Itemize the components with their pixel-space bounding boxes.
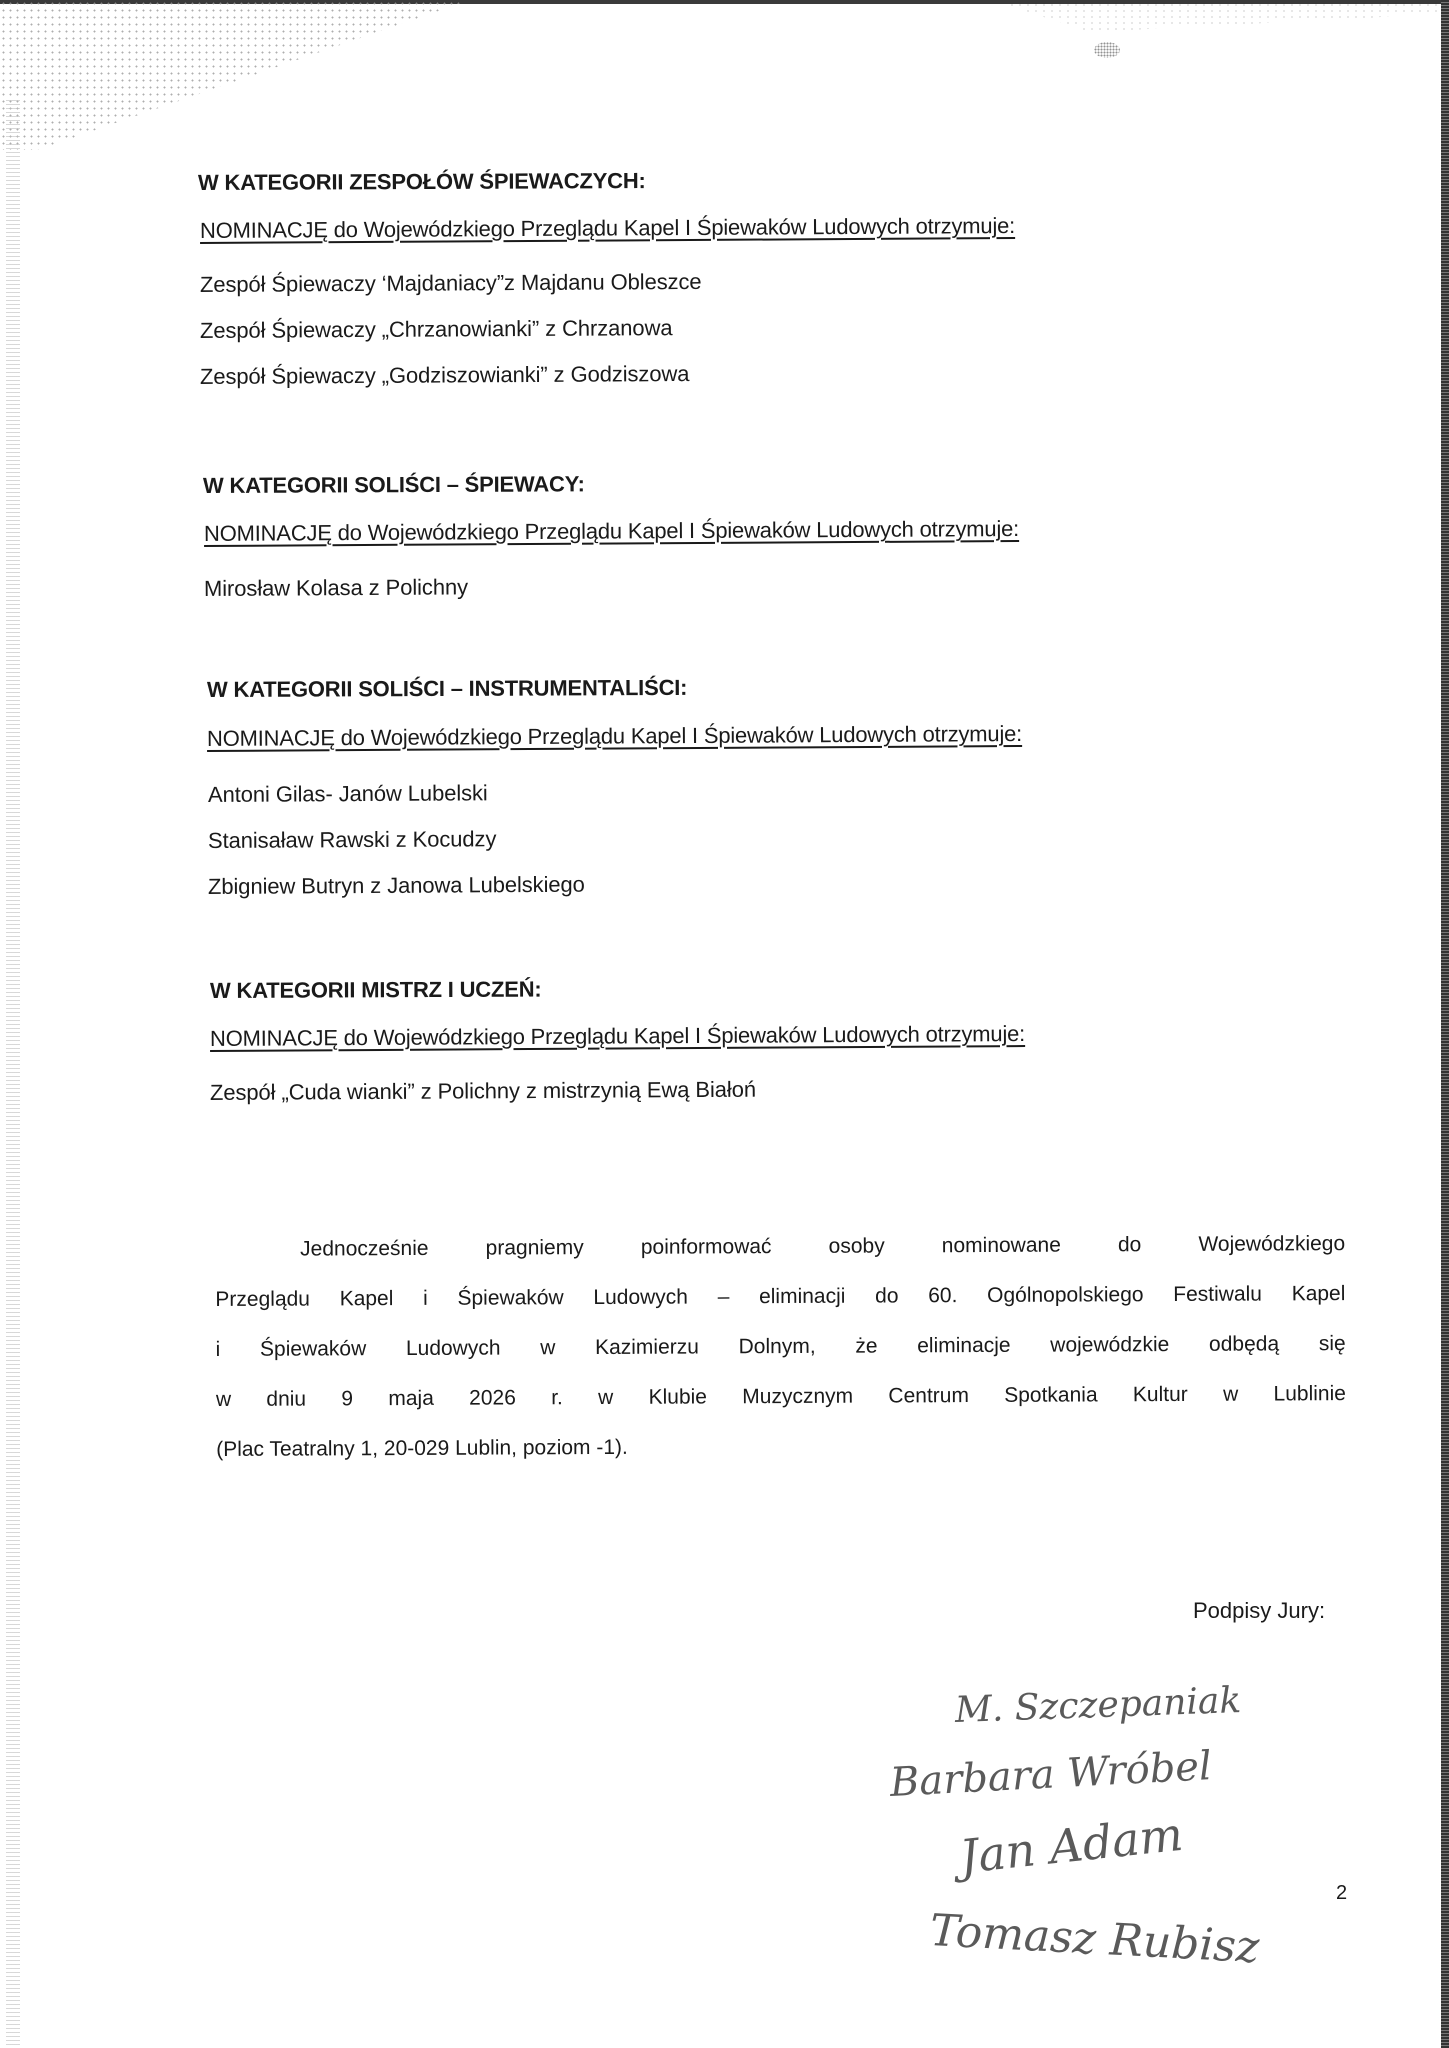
nominee-item: Stanisaław Rawski z Kocudzy xyxy=(208,826,496,854)
handwritten-signature: M. Szczepaniak xyxy=(954,1680,1242,1731)
section-heading-solisci-instrumentalisci: W KATEGORII SOLIŚCI – INSTRUMENTALIŚCI: xyxy=(207,675,687,703)
scan-border-right xyxy=(1441,0,1449,2048)
scan-border-left xyxy=(6,100,20,2048)
nominee-item: Zbigniew Butryn z Janowa Lubelskiego xyxy=(208,872,585,900)
section-heading-solisci-spiewacy: W KATEGORII SOLIŚCI – ŚPIEWACY: xyxy=(203,471,585,499)
handwritten-signature: Barbara Wróbel xyxy=(889,1743,1213,1806)
handwritten-signature: Tomasz Rubisz xyxy=(929,1905,1261,1973)
nomination-line-solisci-spiewacy: NOMINACJĘ do Wojewódzkiego Przeglądu Kap… xyxy=(204,516,1019,547)
nominee-item: Zespół Śpiewaczy „Chrzanowianki” z Chrza… xyxy=(200,315,673,344)
paragraph-line: w dniu 9 maja 2026 r. w Klubie Muzycznym… xyxy=(216,1369,1346,1425)
info-paragraph: Jednocześnie pragniemy poinformować osob… xyxy=(215,1219,1346,1475)
nomination-line-mistrz-uczen: NOMINACJĘ do Wojewódzkiego Przeglądu Kap… xyxy=(210,1021,1025,1052)
scan-speck xyxy=(1094,42,1120,58)
scan-top-right-artifact xyxy=(1000,2,1440,32)
page-number: 2 xyxy=(1336,1882,1347,1905)
paragraph-line: (Plac Teatralny 1, 20-029 Lublin, poziom… xyxy=(216,1419,1346,1475)
section-heading-mistrz-uczen: W KATEGORII MISTRZ I UCZEŃ: xyxy=(210,977,542,1004)
nomination-line-zespoly: NOMINACJĘ do Wojewódzkiego Przeglądu Kap… xyxy=(200,213,1015,244)
paragraph-line: Jednocześnie pragniemy poinformować osob… xyxy=(215,1219,1345,1275)
nominee-item: Zespół „Cuda wianki” z Polichny z mistrz… xyxy=(210,1077,756,1106)
section-heading-zespoly: W KATEGORII ZESPOŁÓW ŚPIEWACZYCH: xyxy=(198,168,646,196)
paragraph-line: Przeglądu Kapel i Śpiewaków Ludowych – e… xyxy=(215,1269,1345,1325)
nominee-item: Antoni Gilas- Janów Lubelski xyxy=(208,780,488,808)
scan-corner-artifact xyxy=(0,0,470,150)
nomination-line-solisci-instrumentalisci: NOMINACJĘ do Wojewódzkiego Przeglądu Kap… xyxy=(207,721,1022,752)
nominee-item: Mirosław Kolasa z Polichny xyxy=(204,574,468,602)
nominee-item: Zespół Śpiewaczy „Godziszowianki” z Godz… xyxy=(200,361,690,390)
paragraph-line: i Śpiewaków Ludowych w Kazimierzu Dolnym… xyxy=(216,1319,1346,1375)
handwritten-signature: Jan Adam xyxy=(957,1807,1185,1884)
signatures-label: Podpisy Jury: xyxy=(1193,1598,1325,1624)
nominee-item: Zespół Śpiewaczy ‘Majdaniacy”z Majdanu O… xyxy=(200,269,702,298)
